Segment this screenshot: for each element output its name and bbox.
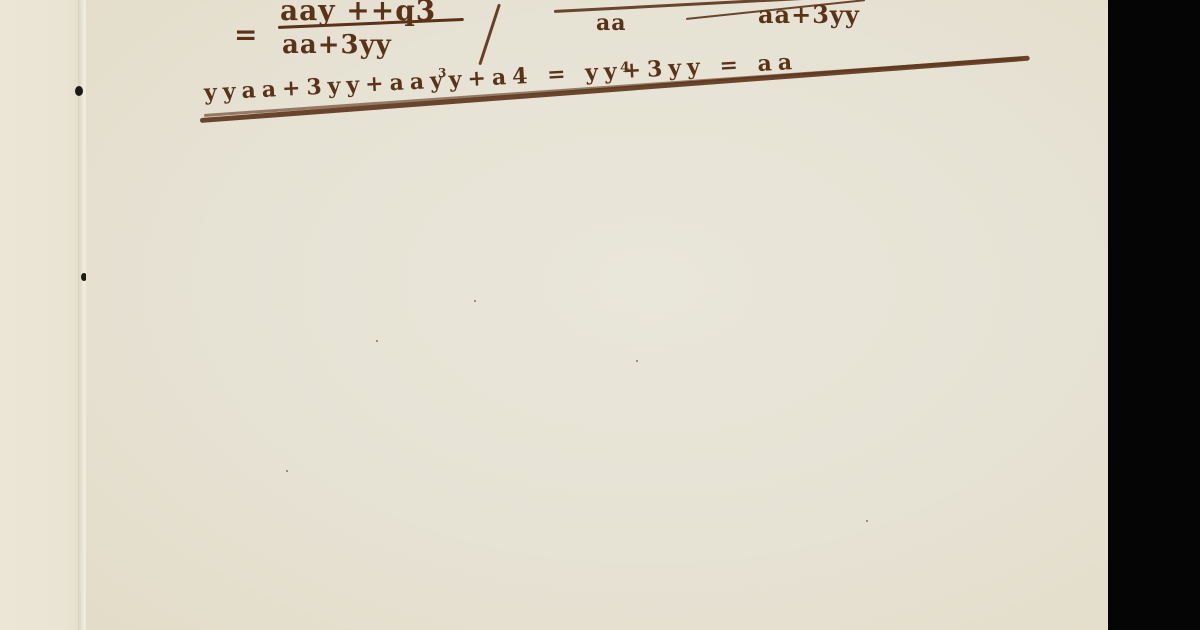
fragment-left-text: aa bbox=[596, 10, 627, 36]
paper-speck bbox=[474, 300, 476, 302]
paper-speck bbox=[636, 360, 638, 362]
scan-background bbox=[1108, 0, 1200, 630]
paper-speck bbox=[286, 470, 288, 472]
binding-hole bbox=[75, 86, 83, 96]
pen-stroke bbox=[478, 4, 501, 66]
paper-speck bbox=[866, 520, 868, 522]
manuscript-page: = aay ++q3 aa+3yy aa aa+3yy 3 4 yyaa+3yy… bbox=[86, 0, 1113, 630]
fragment-right-text: aa+3yy bbox=[758, 0, 860, 29]
equals-sign: = bbox=[234, 18, 258, 51]
left-page-edge bbox=[0, 0, 84, 630]
fraction-denominator: aa+3yy bbox=[282, 30, 392, 60]
paper-speck bbox=[376, 340, 378, 342]
